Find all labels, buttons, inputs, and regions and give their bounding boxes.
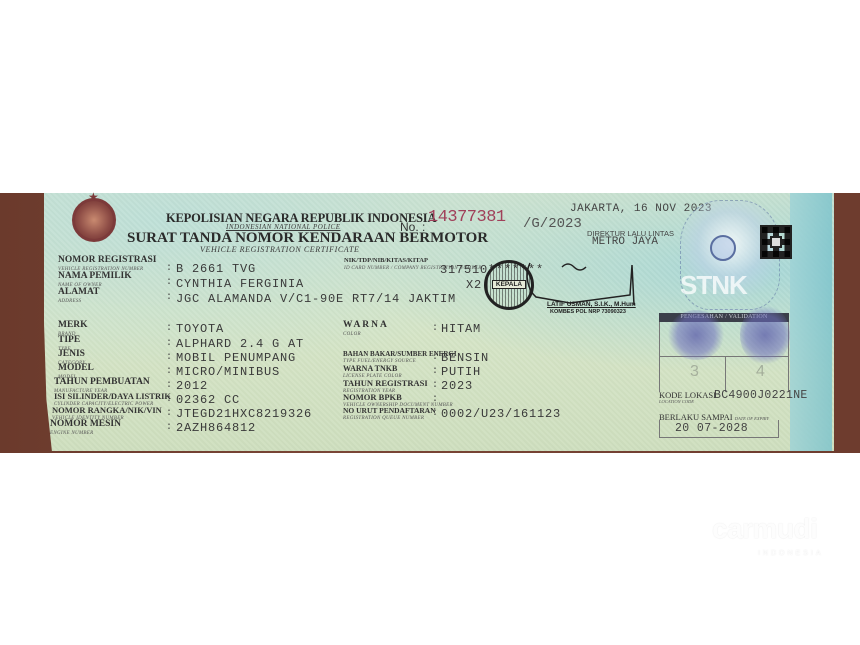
colon: : xyxy=(166,422,172,433)
qr-finder-icon xyxy=(770,236,782,248)
colon: : xyxy=(432,366,438,377)
issuing-region: METRO JAYA xyxy=(592,236,658,248)
location-code-value: BC4900J0221NE xyxy=(714,389,808,402)
seal-center-icon xyxy=(710,235,736,261)
colon: : xyxy=(432,323,438,334)
color-value: HITAM xyxy=(441,322,481,336)
address-label: ALAMATADDRESS xyxy=(58,288,100,304)
fuel-label: BAHAN BAKAR/SUMBER ENERGITYPE FUEL/ENERG… xyxy=(343,351,457,364)
color-label: WARNACOLOR xyxy=(343,321,389,337)
owner-name-value: CYNTHIA FERGINIA xyxy=(176,277,304,291)
colon: : xyxy=(432,394,438,405)
plate-color-label: WARNA TNKBLICENSE PLATE COLOR xyxy=(343,365,402,379)
fuel-value: BENSIN xyxy=(441,351,489,365)
colon: : xyxy=(166,352,172,363)
plate-color-value: PUTIH xyxy=(441,365,481,379)
cylinder-value: 02362 CC xyxy=(176,393,240,407)
serial-label: No. : xyxy=(400,220,425,234)
model-value: MICRO/MINIBUS xyxy=(176,365,280,379)
colon: : xyxy=(166,323,172,334)
category-value: MOBIL PENUMPANG xyxy=(176,351,296,365)
engine-number-value: 2AZH864812 xyxy=(176,421,256,435)
validation-slot-3: 3 xyxy=(690,363,699,381)
validation-slot-4: 4 xyxy=(756,363,765,381)
colon: : xyxy=(166,292,172,303)
star-icon: ★ xyxy=(88,190,99,205)
colon: : xyxy=(166,338,172,349)
registration-number-label: NOMOR REGISTRASIVEHICLE REGISTRATION NUM… xyxy=(58,256,156,272)
colon: : xyxy=(432,408,438,419)
colon: : xyxy=(432,352,438,363)
vin-value: JTEGD21HXC8219326 xyxy=(176,407,312,421)
colon: : xyxy=(166,394,172,405)
signer-name: LATIF USMAN, S.I.K., M.Hum xyxy=(547,301,636,308)
manufacture-year-value: 2012 xyxy=(176,379,208,393)
grid-divider xyxy=(725,356,726,392)
serial-suffix: /G/2023 xyxy=(523,216,582,232)
brand-value: TOYOTA xyxy=(176,322,224,336)
security-edge-strip xyxy=(790,193,832,451)
stnk-hologram-text: STNK xyxy=(680,270,747,301)
colon: : xyxy=(166,408,172,419)
valid-until-value: 20 07-2028 xyxy=(675,422,748,435)
carmudi-watermark: carmudi xyxy=(712,513,817,545)
location-code-label: KODE LOKASILOCATION CODE xyxy=(659,391,716,404)
address-value: JGC ALAMANDA V/C1-90E RT7/14 JAKTIM xyxy=(176,292,456,306)
carmudi-watermark-sub: INDONESIA xyxy=(758,550,824,557)
signer-rank: KOMBES POL NRP 73090323 xyxy=(550,309,626,315)
colon: : xyxy=(166,263,172,274)
colon: : xyxy=(432,380,438,391)
validation-stamp-icon xyxy=(668,310,724,360)
validation-stamp-icon xyxy=(740,305,790,365)
queue-number-label: NO URUT PENDAFTARANREGISTRATION QUEUE NU… xyxy=(343,407,436,421)
document-title-en: VEHICLE REGISTRATION CERTIFICATE xyxy=(200,245,360,254)
colon: : xyxy=(166,366,172,377)
registration-year-value: 2023 xyxy=(441,379,473,393)
serial-number: 14377381 xyxy=(428,208,506,227)
id-number-value-line2: X2 xyxy=(466,278,482,292)
queue-number-value: 0002/U23/161123 xyxy=(441,407,561,421)
owner-name-label: NAMA PEMILIKNAME OF OWNER xyxy=(58,272,132,288)
colon: : xyxy=(166,277,172,288)
engine-number-label: NOMOR MESINENGINE NUMBER xyxy=(50,420,121,436)
colon: : xyxy=(166,380,172,391)
type-value: ALPHARD 2.4 G AT xyxy=(176,337,304,351)
registration-number-value: B 2661 TVG xyxy=(176,262,256,276)
